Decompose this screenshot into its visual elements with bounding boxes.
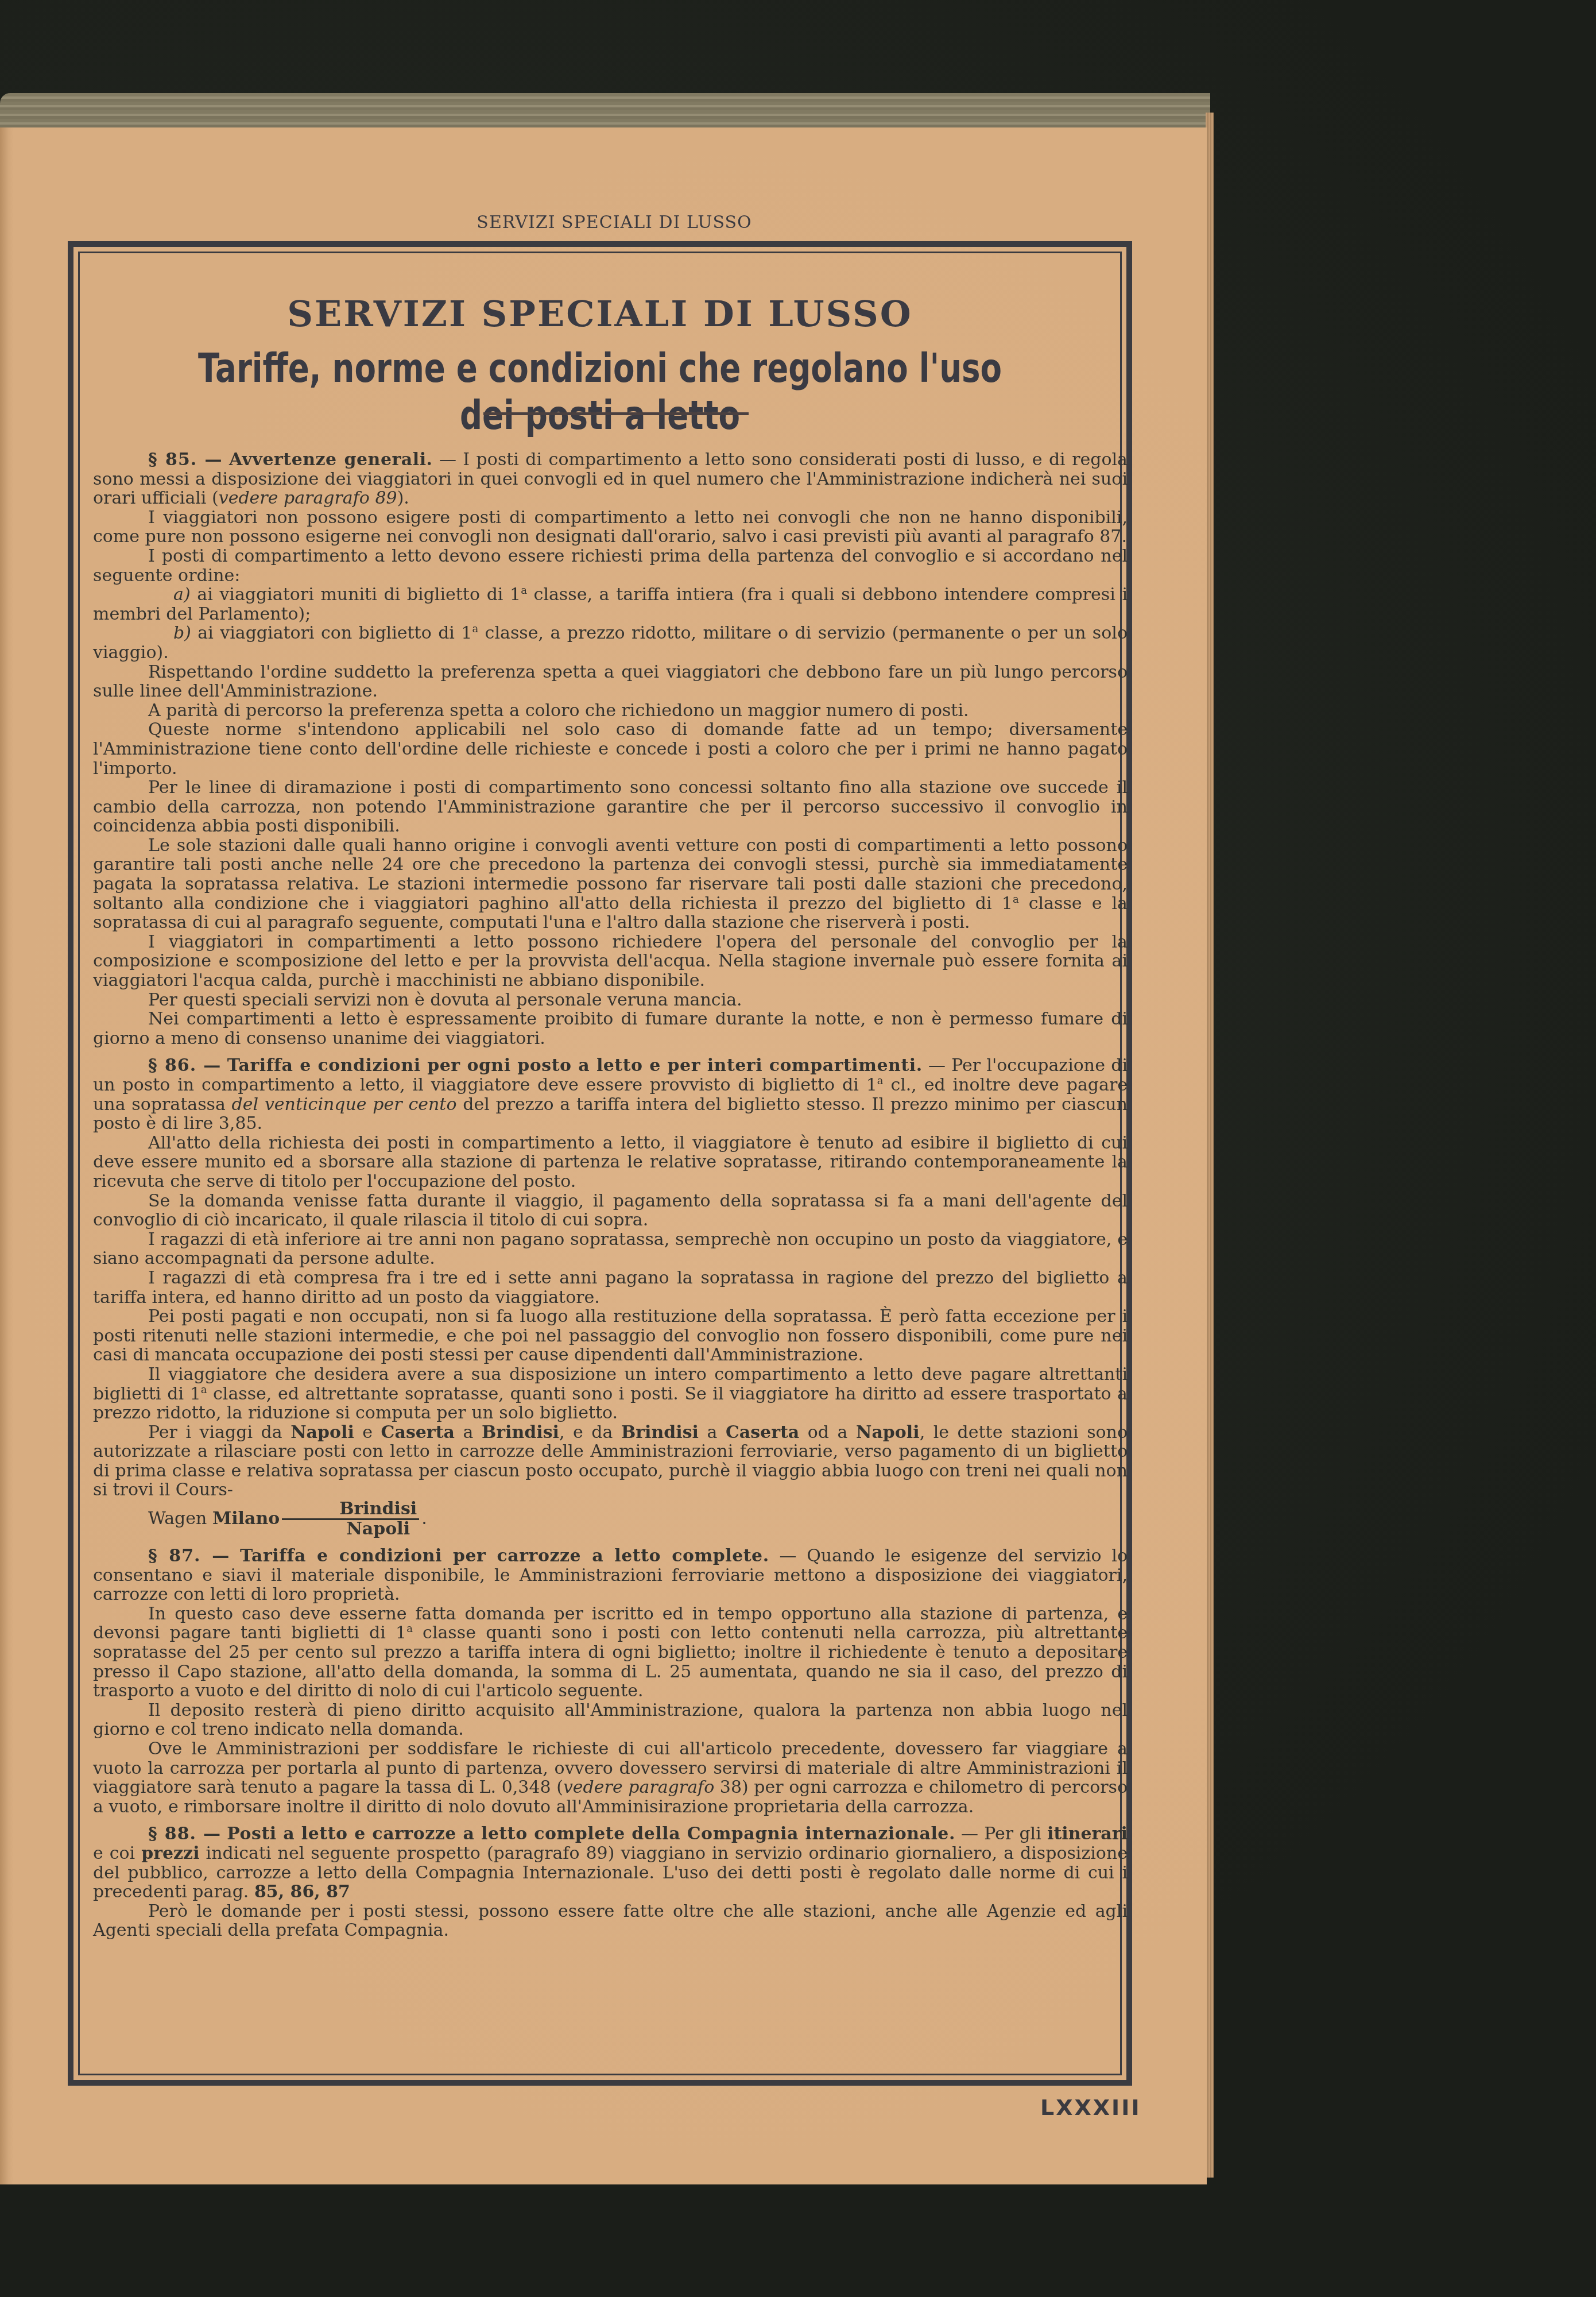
paragraph: A parità di percorso la preferenza spett… bbox=[93, 701, 1128, 721]
section-86-heading: Tariffa e condizioni per ogni posto a le… bbox=[227, 1055, 923, 1076]
paragraph: Se la domanda venisse fatta durante il v… bbox=[93, 1192, 1128, 1230]
paragraph: Pei posti pagati e non occupati, non si … bbox=[93, 1307, 1128, 1365]
section-85-number: § 85. — bbox=[148, 450, 223, 470]
list-item-b: b) ai viaggiatori con biglietto di 1a cl… bbox=[93, 624, 1128, 662]
paragraph: Queste norme s'intendono applicabili nel… bbox=[93, 720, 1128, 778]
section-87-intro: § 87. — Tariffa e condizioni per carrozz… bbox=[93, 1546, 1128, 1604]
section-86-intro: § 86. — Tariffa e condizioni per ogni po… bbox=[93, 1056, 1128, 1133]
section-87-number: § 87. — bbox=[148, 1546, 230, 1566]
paragraph: In questo caso deve esserne fatta domand… bbox=[93, 1604, 1128, 1701]
page-subtitle: Tariffe, norme e condizioni che regolano… bbox=[185, 345, 1015, 439]
running-header: SERVIZI SPECIALI DI LUSSO bbox=[0, 212, 1229, 233]
book-top-edge bbox=[0, 93, 1210, 131]
paragraph: I ragazzi di età inferiore ai tre anni n… bbox=[93, 1230, 1128, 1269]
cross-reference: vedere paragrafo 89 bbox=[219, 488, 397, 508]
section-85-heading: Avvertenze generali. bbox=[229, 450, 432, 470]
paragraph: All'atto della richiesta dei posti in co… bbox=[93, 1134, 1128, 1192]
section-88-intro: § 88. — Posti a letto e carrozze a letto… bbox=[93, 1824, 1128, 1901]
section-88-number: § 88. — bbox=[148, 1824, 221, 1844]
book-fore-edge bbox=[1206, 113, 1214, 2178]
paragraph: I ragazzi di età compresa fra i tre ed i… bbox=[93, 1269, 1128, 1307]
paragraph: Le sole stazioni dalle quali hanno origi… bbox=[93, 836, 1128, 933]
route-fraction: BrindisiNapoli bbox=[282, 1500, 419, 1538]
paragraph: Per le linee di diramazione i posti di c… bbox=[93, 778, 1128, 836]
paragraph: I viaggiatori in compartimenti a letto p… bbox=[93, 933, 1128, 991]
paragraph: Il deposito resterà di pieno diritto acq… bbox=[93, 1701, 1128, 1739]
section-86-number: § 86. — bbox=[148, 1055, 221, 1076]
paragraph: I posti di compartimento a letto devono … bbox=[93, 547, 1128, 585]
paragraph: Però le domande per i posti stessi, poss… bbox=[93, 1902, 1128, 1940]
paragraph: Rispettando l'ordine suddetto la prefere… bbox=[93, 663, 1128, 701]
paragraph: I viaggiatori non possono esigere posti … bbox=[93, 508, 1128, 547]
cours-wagen-line: Wagen MilanoBrindisiNapoli. bbox=[93, 1500, 1128, 1538]
page-gutter bbox=[0, 127, 9, 2184]
cross-reference: vedere paragrafo bbox=[563, 1777, 714, 1797]
list-item-a: a) ai viaggiatori muniti di biglietto di… bbox=[93, 585, 1128, 624]
section-85-intro: § 85. — Avvertenze generali. — I posti d… bbox=[93, 450, 1128, 508]
paragraph: Ove le Amministrazioni per soddisfare le… bbox=[93, 1739, 1128, 1816]
paragraph: Per questi speciali servizi non è dovuta… bbox=[93, 991, 1128, 1010]
paragraph: Per i viaggi da Napoli e Caserta a Brind… bbox=[93, 1423, 1128, 1500]
paragraph: Il viaggiatore che desidera avere a sua … bbox=[93, 1365, 1128, 1423]
title-divider bbox=[483, 412, 749, 415]
paragraph: Nei compartimenti a letto è espressament… bbox=[93, 1010, 1128, 1048]
section-87-heading: Tariffa e condizioni per carrozze a lett… bbox=[240, 1546, 769, 1566]
section-88-heading: Posti a letto e carrozze a letto complet… bbox=[227, 1824, 955, 1844]
document-body: § 85. — Avvertenze generali. — I posti d… bbox=[93, 450, 1128, 1940]
page-number: LXXXIII bbox=[1040, 2095, 1141, 2120]
page-title: SERVIZI SPECIALI DI LUSSO bbox=[68, 293, 1132, 335]
